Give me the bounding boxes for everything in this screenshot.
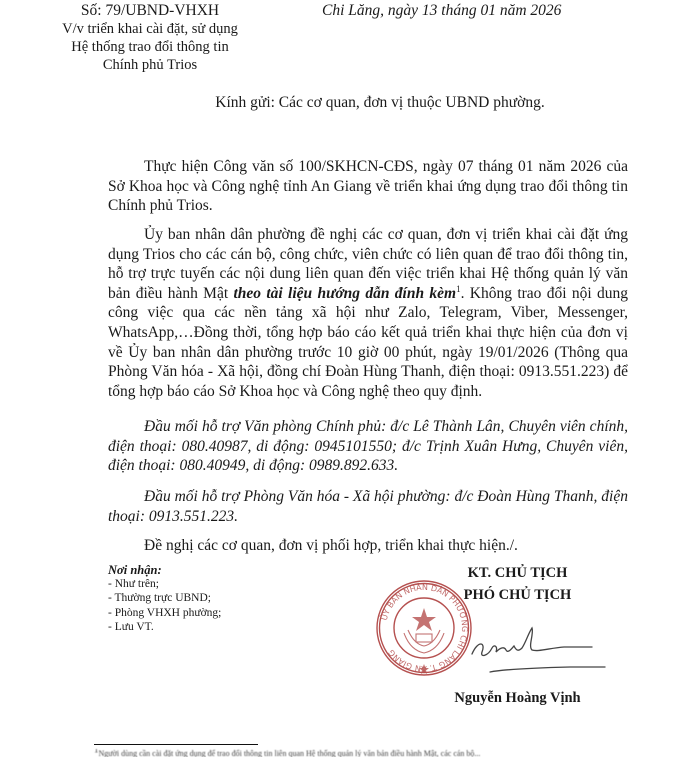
signature-block: KT. CHỦ TỊCH PHÓ CHỦ TỊCH xyxy=(400,562,635,606)
recipients-block: Nơi nhận: - Như trên; - Thường trực UBND… xyxy=(108,563,221,634)
paragraph-gov-support-contact: Đầu mối hỗ trợ Văn phòng Chính phủ: đ/c … xyxy=(108,417,628,476)
recipient-item: - Lưu VT. xyxy=(108,620,221,634)
closing-text: Đề nghị các cơ quan, đơn vị phối hợp, tr… xyxy=(144,537,518,554)
paragraph-reference: Thực hiện Công văn số 100/SKHCN-CĐS, ngà… xyxy=(108,157,628,216)
footnote: 1Người dùng cần cài đặt ứng dụng để trao… xyxy=(94,749,674,757)
signatory-title-2: PHÓ CHỦ TỊCH xyxy=(400,584,635,606)
paragraph-closing: Đề nghị các cơ quan, đơn vị phối hợp, tr… xyxy=(108,536,628,556)
gov-support-contact-text: Đầu mối hỗ trợ Văn phòng Chính phủ: đ/c … xyxy=(108,418,628,474)
footnote-text: Người dùng cần cài đặt ứng dụng để trao … xyxy=(99,749,481,757)
document-number: Số: 79/UBND-VHXH xyxy=(40,2,260,20)
paragraph-local-support-contact: Đầu mối hỗ trợ Phòng Văn hóa - Xã hội ph… xyxy=(108,487,628,526)
paragraph-request: Ủy ban nhân dân phường đề nghị các cơ qu… xyxy=(108,225,628,401)
place-date: Chi Lăng, ngày 13 tháng 01 năm 2026 xyxy=(322,2,561,20)
addressee: Kính gửi: Các cơ quan, đơn vị thuộc UBND… xyxy=(0,94,700,112)
recipients-title: Nơi nhận: xyxy=(108,563,221,577)
handwritten-signature-icon xyxy=(470,620,610,680)
signatory-name: Nguyễn Hoàng Vịnh xyxy=(400,690,635,707)
subject-line-1: V/v triển khai cài đặt, sử dụng xyxy=(40,20,260,38)
paragraph-request-text-b: . Không trao đổi nội dung công việc qua … xyxy=(108,285,628,400)
subject-line-2: Hệ thống trao đổi thông tin xyxy=(40,38,260,56)
subject-line-3: Chính phủ Trios xyxy=(40,56,260,74)
document-header-left: Số: 79/UBND-VHXH V/v triển khai cài đặt,… xyxy=(40,2,260,74)
recipient-item: - Như trên; xyxy=(108,577,221,591)
attachment-emphasis: theo tài liệu hướng dẫn đính kèm xyxy=(233,285,456,302)
signatory-title-1: KT. CHỦ TỊCH xyxy=(400,562,635,584)
footnote-separator xyxy=(94,744,258,745)
recipient-item: - Thường trực UBND; xyxy=(108,591,221,605)
paragraph-reference-text: Thực hiện Công văn số 100/SKHCN-CĐS, ngà… xyxy=(108,158,628,214)
recipient-item: - Phòng VHXH phường; xyxy=(108,606,221,620)
local-support-contact-text: Đầu mối hỗ trợ Phòng Văn hóa - Xã hội ph… xyxy=(108,488,628,525)
